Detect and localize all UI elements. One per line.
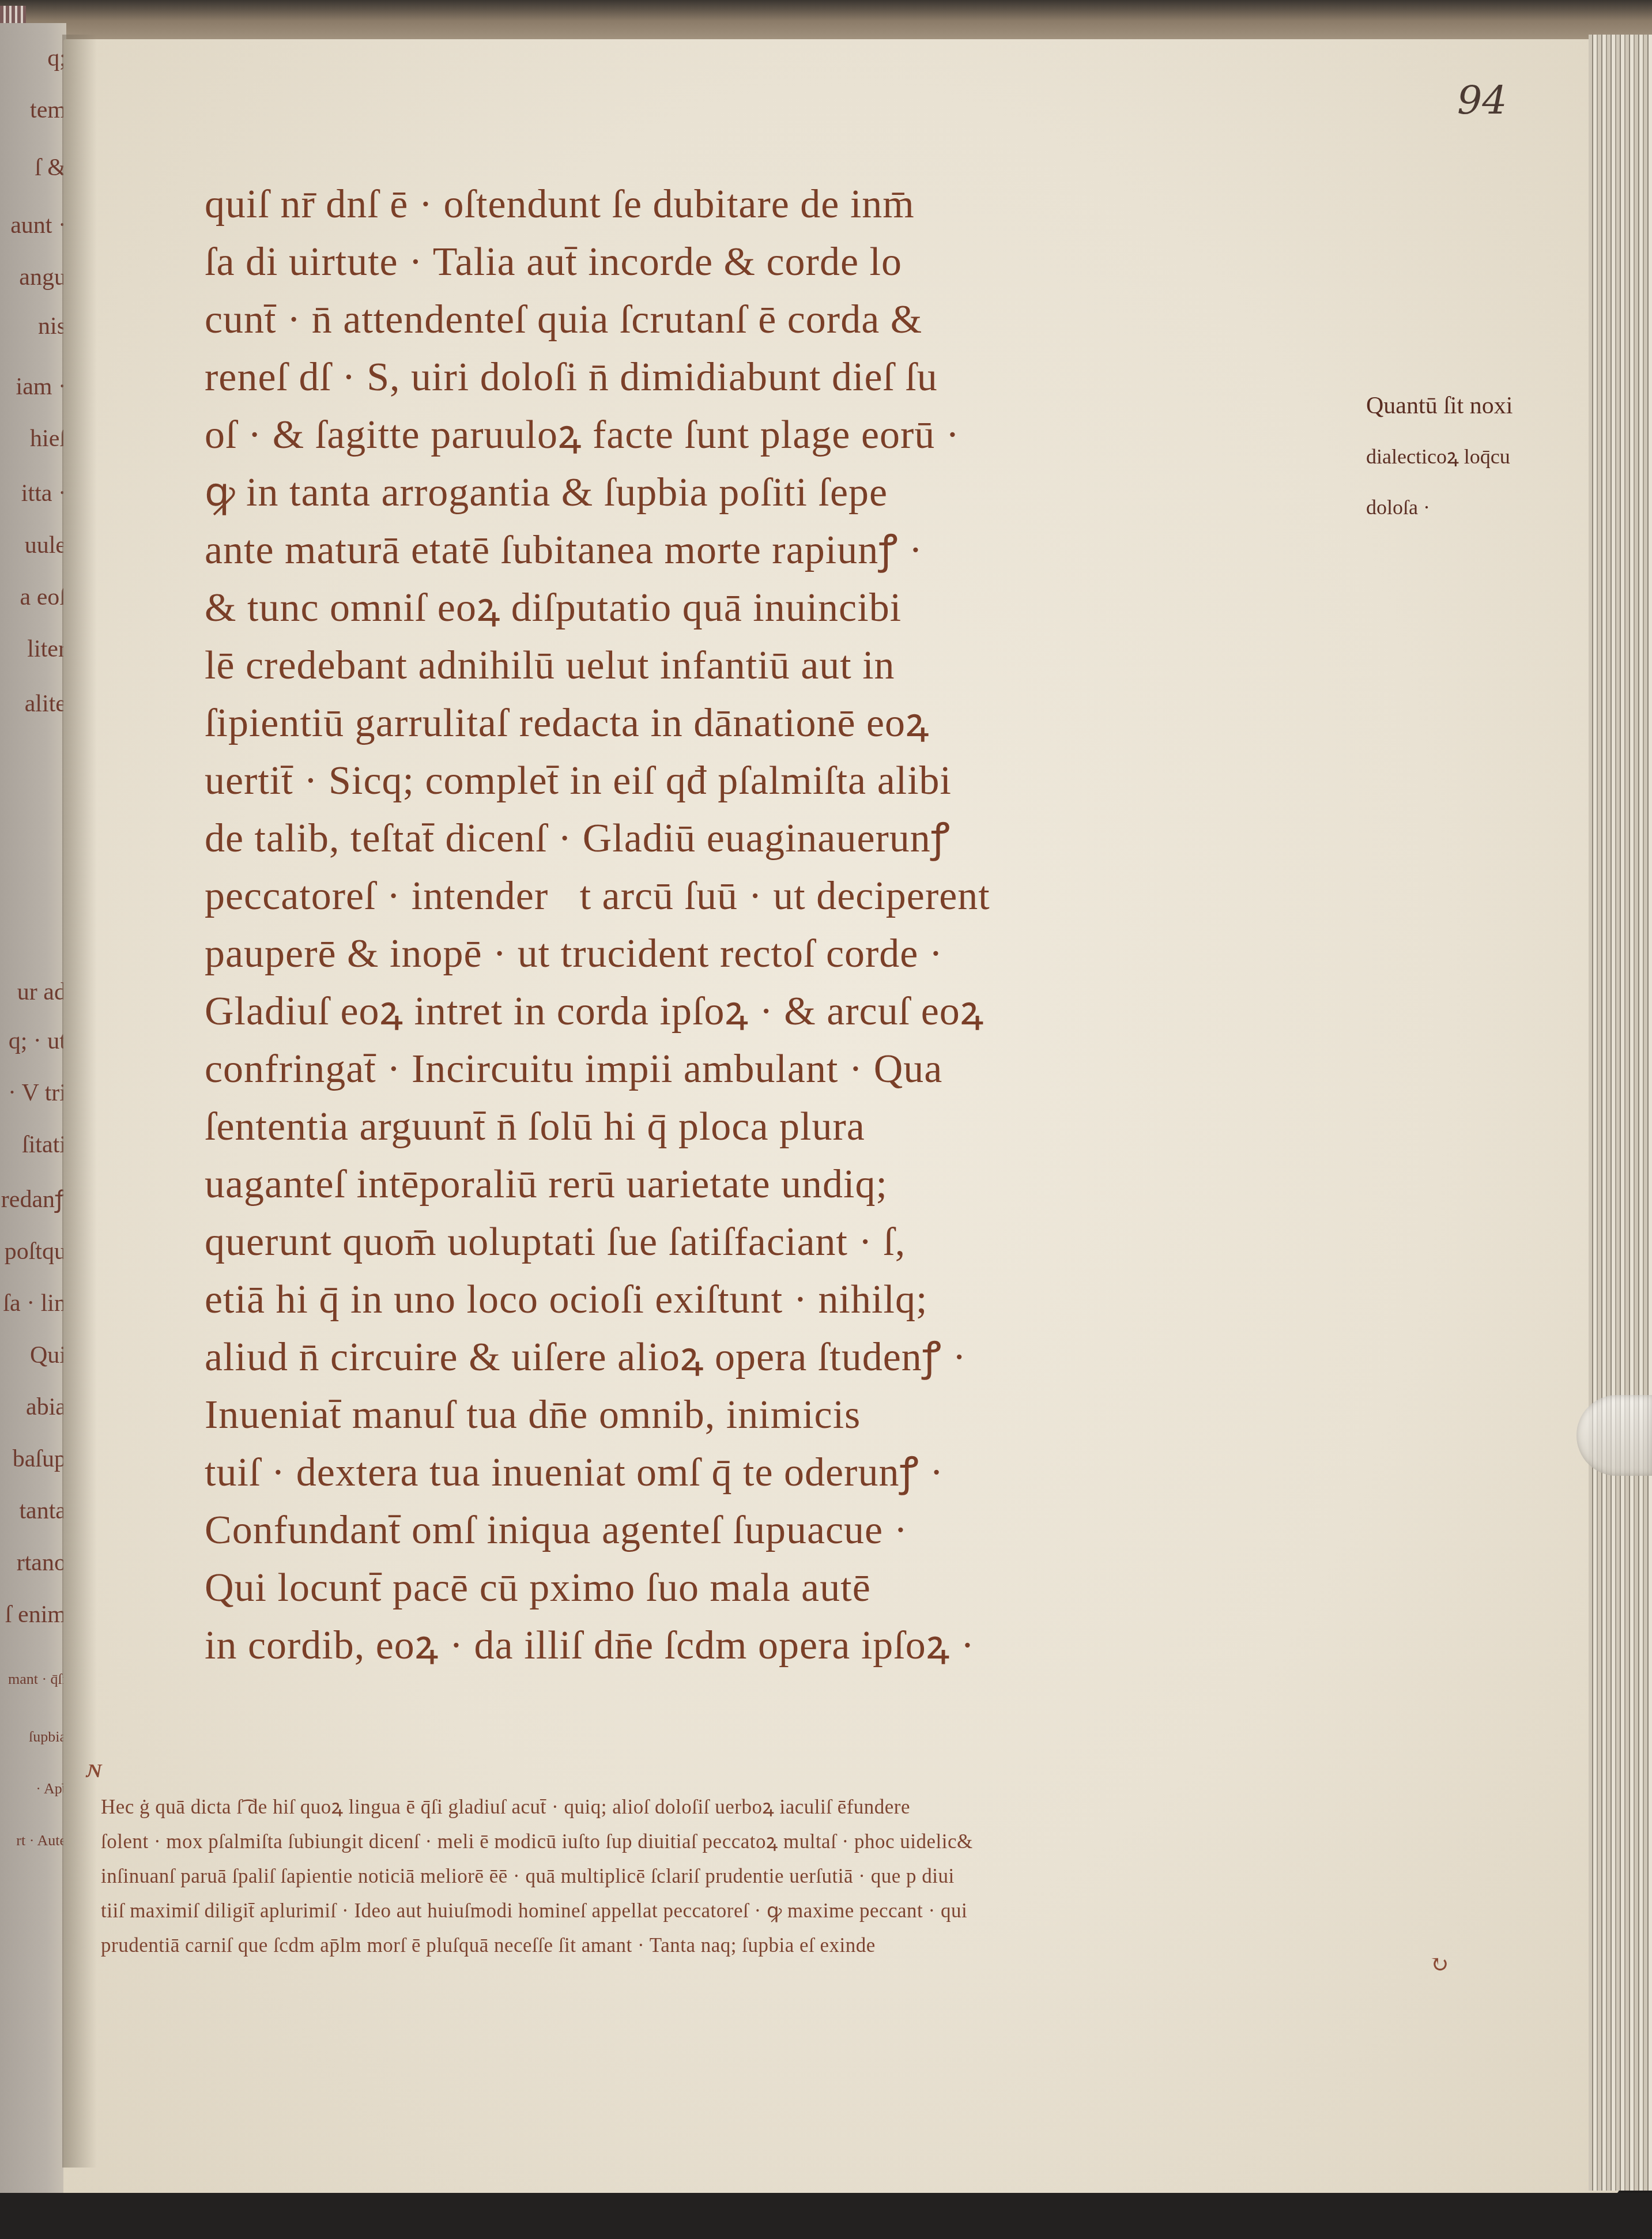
page-tab-marker (1576, 1395, 1652, 1476)
text-line: ſa di uirtute · Talia aut̄ incorde & cor… (205, 233, 1346, 291)
text-line: pauperē & inopē · ut trucident rectoſ co… (205, 925, 1346, 983)
gloss-line: inſinuanſ paruā ſpaliſ ſapientie noticiā… (101, 1859, 1444, 1894)
facing-fragment: · V tri (8, 1081, 66, 1105)
text-line: Inueniat̄ manuſ tua dn̄e omnib, inimicis (205, 1386, 1346, 1444)
facing-fragment: ſ & (35, 156, 66, 180)
text-line: ſipientiū garrulitaſ redacta in dānation… (205, 695, 1346, 752)
text-line: querunt quom̄ uoluptati ſue ſatiſfaciant… (205, 1213, 1346, 1271)
facing-fragment: rtano (17, 1551, 66, 1575)
background-cloth (0, 2193, 1652, 2239)
text-line: uertit̄ · Sicq; complet̄ in eiſ qđ pſalm… (205, 752, 1346, 810)
text-line: uaganteſ intēporaliū rerū uarietate undi… (205, 1156, 1346, 1213)
margin-note-line: Quantū ſit noxi (1366, 380, 1608, 431)
gloss-line: prudentiā carniſ que ſcdm ap̄lm morſ ē p… (101, 1928, 1444, 1963)
facing-fragment: ſa · lin (3, 1291, 66, 1315)
marginal-note: Quantū ſit noxi dialecticoꝝ loq̄cu doloſ… (1366, 380, 1608, 533)
text-line: quiſ nr̄ dnſ ē · oſtendunt ſe dubitare d… (205, 176, 1346, 233)
facing-fragment: abia (26, 1395, 66, 1419)
text-line: oſ · & ſagitte paruuloꝝ facte ſunt plage… (205, 406, 1346, 464)
facing-fragment: redanꝭ (1, 1188, 66, 1212)
text-line: & tunc omniſ eoꝝ diſputatio quā inuincib… (205, 579, 1346, 637)
facing-fragment: uule (25, 533, 66, 557)
facing-fragment: mant · q̄ſi (8, 1672, 66, 1687)
facing-fragment: tanta (19, 1499, 66, 1523)
text-line: aliud n̄ circuire & uiſere alioꝝ opera ſ… (205, 1329, 1346, 1386)
text-line: in cordib, eoꝝ · da illiſ dn̄e ſcdm oper… (205, 1617, 1346, 1675)
facing-fragment: aunt · (10, 213, 66, 238)
facing-fragment: itta · (21, 481, 66, 506)
text-line: ante maturā etatē ſubitanea morte rapiun… (205, 522, 1346, 579)
gloss-line: ſolent · mox pſalmiſta ſubiungit dicenſ … (101, 1825, 1444, 1859)
text-line: tuiſ · dextera tua inueniat omſ q̄ te od… (205, 1444, 1346, 1502)
gutter-shadow (62, 35, 97, 2168)
text-line: peccatoreſ · intenderᷓt arcū ſuū · ut de… (205, 868, 1346, 925)
facing-fragment: iam · (16, 375, 66, 399)
facing-fragment: alite (25, 692, 66, 716)
text-line: cunt̄ · n̄ attendenteſ quia ſcrutanſ ē c… (205, 291, 1346, 349)
gloss-line: Hec ġ quā dicta ſ͡ de hiſ quoꝝ lingua ē … (101, 1790, 1444, 1825)
facing-fragment: a eoſ (20, 585, 66, 609)
gloss-line: tiiſ maximiſ diligit̄ aplurimiſ · Ideo a… (101, 1894, 1444, 1928)
facing-fragment: hieſ (30, 427, 66, 451)
margin-note-line: dialecticoꝝ loq̄cu (1366, 431, 1608, 482)
facing-fragment: ſupbia (29, 1729, 66, 1744)
continuation-mark-icon: ↻ (1430, 1951, 1449, 1978)
facing-fragment: baſup (13, 1447, 66, 1471)
main-text-column: quiſ nr̄ dnſ ē · oſtendunt ſe dubitare d… (205, 176, 1346, 1675)
facing-fragment: ſ enim (5, 1603, 66, 1627)
lower-gloss-block: Hec ġ quā dicta ſ͡ de hiſ quoꝝ lingua ē … (101, 1790, 1444, 1963)
text-line: etiā hi q̄ in uno loco ocioſi exiſtunt ·… (205, 1271, 1346, 1329)
text-line: reneſ dſ · S, uiri doloſi n̄ dimidiabunt… (205, 349, 1346, 406)
text-line: Gladiuſ eoꝝ intret in corda ipſoꝝ · & ar… (205, 983, 1346, 1041)
text-line: lē credebant adnihilū uelut infantiū aut… (205, 637, 1346, 695)
facing-fragment: Qui (30, 1343, 66, 1367)
page-stack-fore-edge (1589, 35, 1652, 2191)
facing-fragment: tem (30, 98, 66, 122)
signe-de-renvoi-mark: ɴ (88, 1752, 101, 1784)
facing-fragment: angu (19, 265, 66, 289)
facing-fragment: ur ad (17, 980, 66, 1004)
facing-fragment: liter (27, 637, 66, 661)
text-line: de talib, teſtat̄ dicenſ · Gladiū euagin… (205, 810, 1346, 868)
facing-fragment: q; · ut (9, 1029, 66, 1053)
text-line: Qui locunt̄ pacē cū pximo ſuo mala autē (205, 1559, 1346, 1617)
facing-page-edge: q; tem ſ & aunt · angu nis iam · hieſ it… (0, 23, 66, 2202)
facing-fragment: rt · Aute (16, 1833, 66, 1848)
facing-fragment: ſitati (22, 1133, 66, 1157)
text-line: Confundant̄ omſ iniqua agenteſ ſupuacue … (205, 1502, 1346, 1559)
text-line: ꝙ in tanta arrogantia & ſupbia poſiti ſe… (205, 464, 1346, 522)
text-line: ſententia arguunt̄ n̄ ſolū hi q̄ ploca p… (205, 1098, 1346, 1156)
text-line: confringat̄ · Incircuitu impii ambulant … (205, 1041, 1346, 1098)
margin-note-line: doloſa · (1366, 482, 1608, 533)
facing-fragment: poſtqu (5, 1239, 66, 1264)
folio-number: 94 (1457, 78, 1507, 123)
